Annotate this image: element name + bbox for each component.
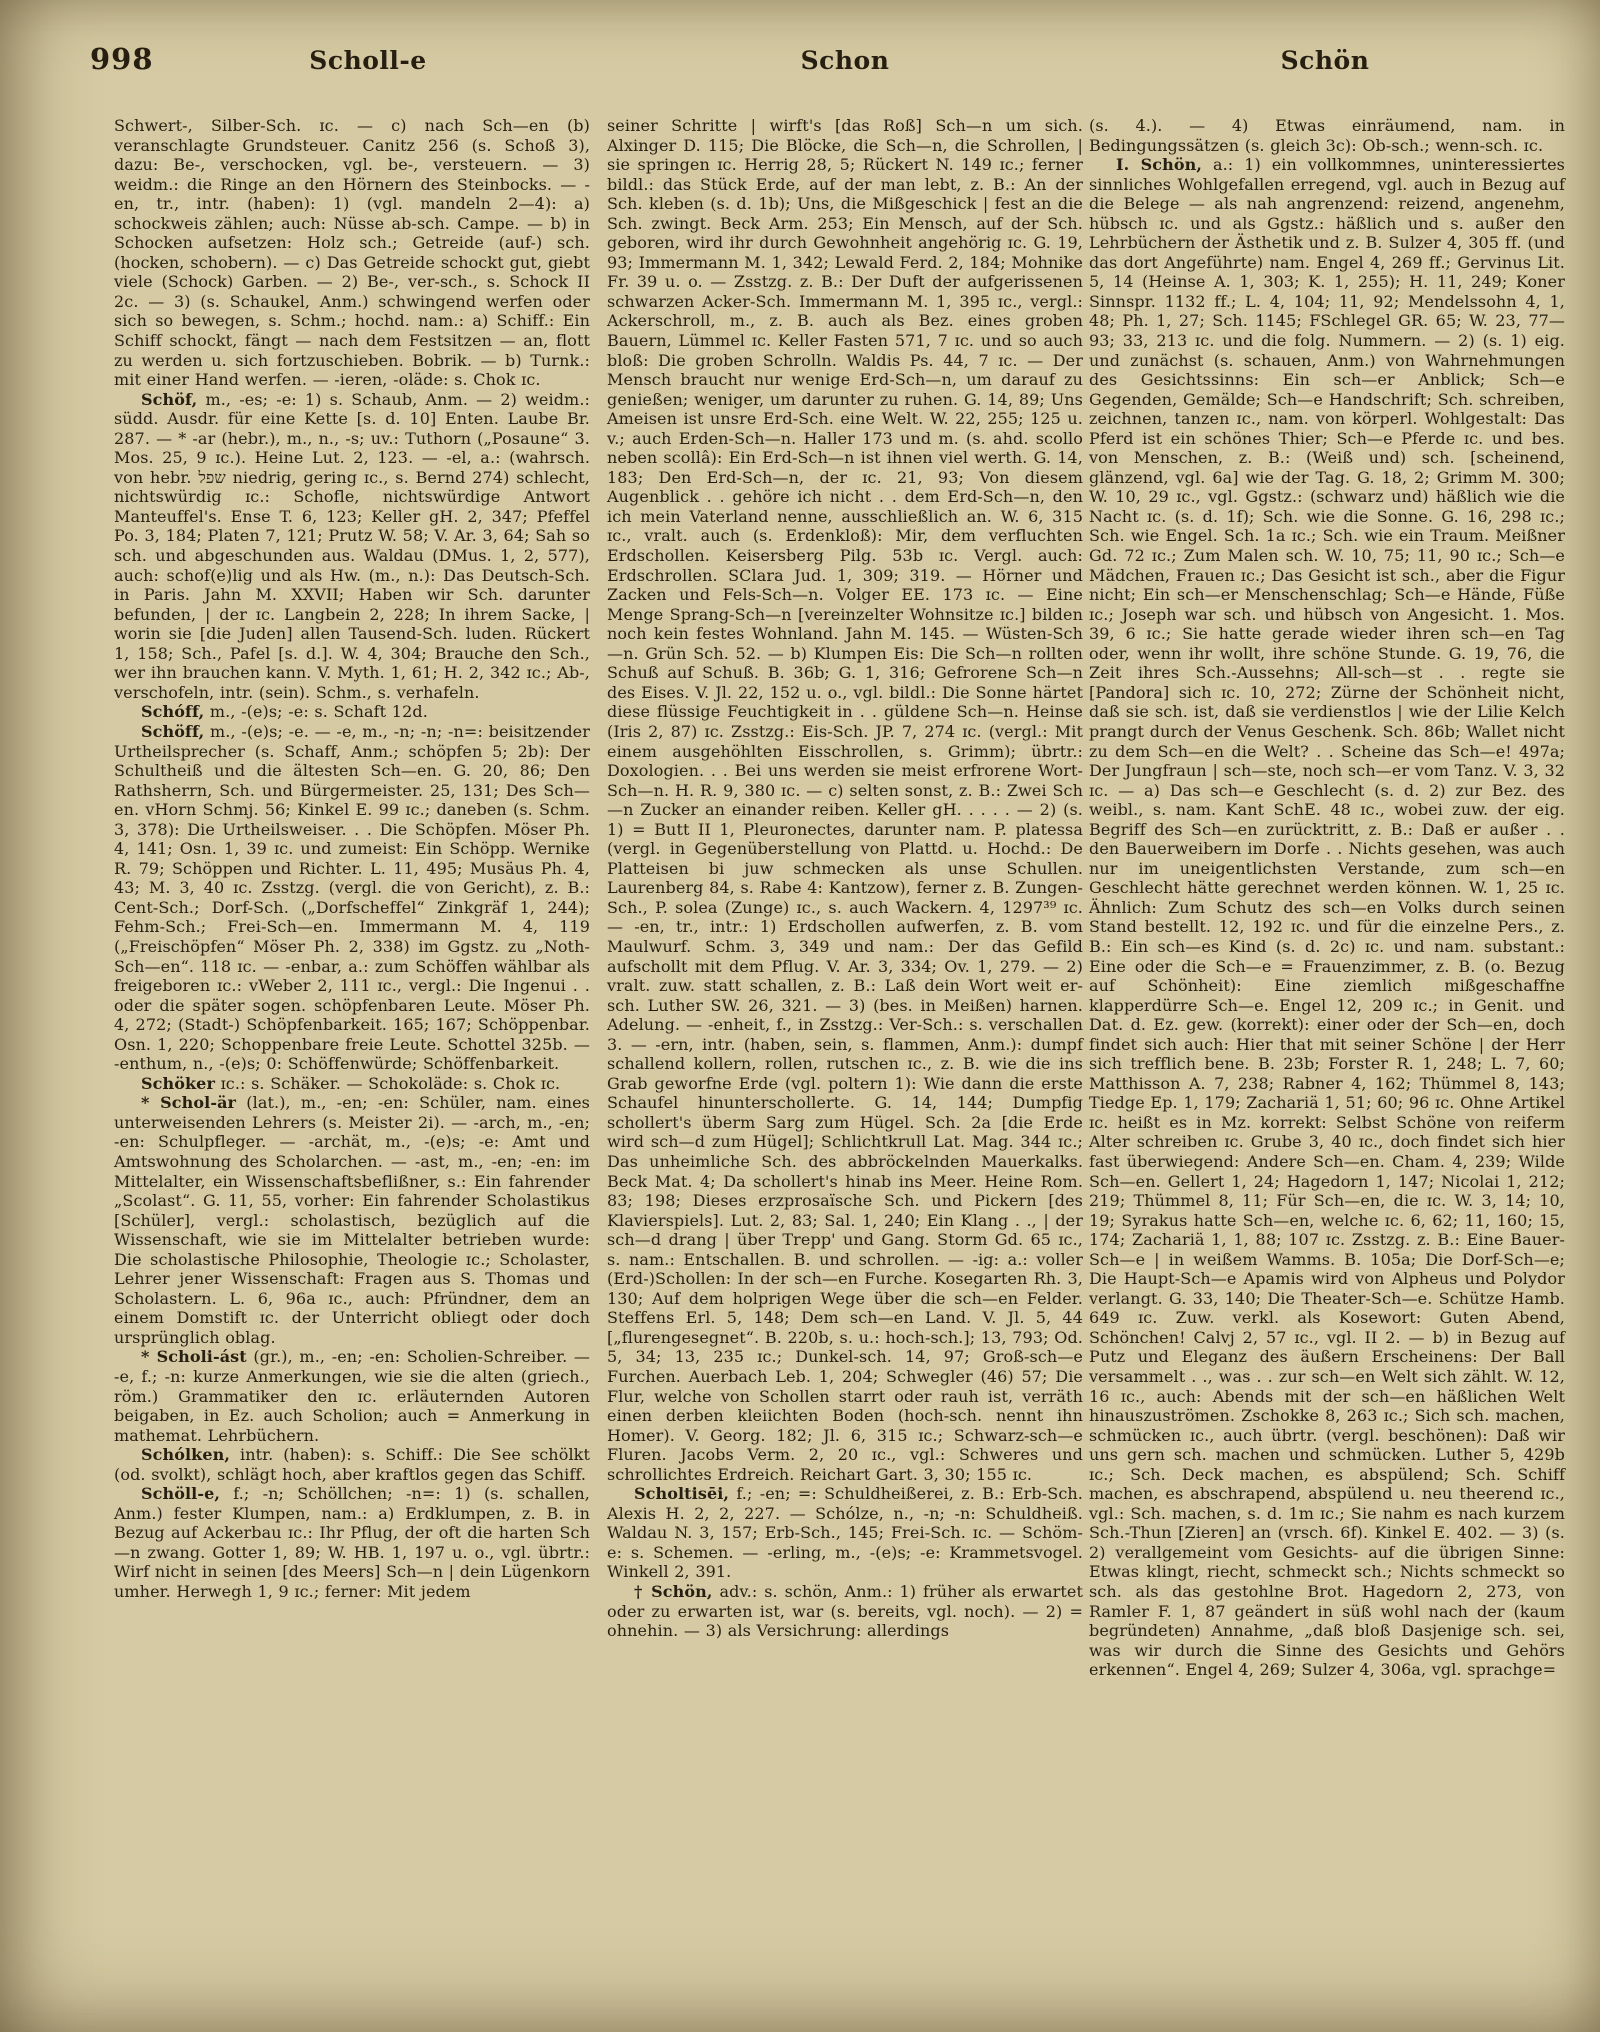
text-column-1: Schwert-, Silber-Sch. ɪc. — c) nach Sch—…: [114, 116, 590, 1602]
text-column-2: seiner Schritte | wirft's [das Roß] Sch—…: [607, 116, 1083, 1641]
entry-headword: Schöf,: [141, 390, 197, 409]
running-head-center: Schon: [801, 46, 890, 75]
entry-continuation-schock: Schwert-, Silber-Sch. ɪc. — c) nach Sch—…: [114, 116, 590, 390]
entry-headword: I. Schön,: [1116, 155, 1202, 174]
entry-schoef: Schöf, m., -es; -e: 1) s. Schaub, Anm. —…: [114, 390, 590, 703]
entry-schoelken: Schólken, intr. (haben): s. Schiff.: Die…: [114, 1445, 590, 1484]
entry-scholle: Schöll-e, f.; -n; Schöllchen; -n=: 1) (s…: [114, 1484, 590, 1601]
entry-schoeker: Schöker ɪc.: s. Schäker. — Schokoläde: s…: [114, 1074, 590, 1094]
scanned-dictionary-page: 998 Scholl-e Schon Schön Schwert-, Silbe…: [0, 0, 1600, 2032]
entry-headword: Schöker: [141, 1074, 215, 1093]
entry-headword: Schöff,: [141, 722, 204, 741]
entry-scholtisei: Scholtisēi, f.; -en; =: Schuldheißerei, …: [607, 1484, 1083, 1582]
entry-scholar: * Schol-är (lat.), m., -en; -en: Schüler…: [114, 1093, 590, 1347]
text-column-3: (s. 4.). — 4) Etwas einräumend, nam. in …: [1089, 116, 1565, 1680]
entry-schon-adv: † Schön, adv.: s. schön, Anm.: 1) früher…: [607, 1582, 1083, 1641]
entry-headword: * Schol-är: [141, 1093, 236, 1112]
running-head-right: Schön: [1281, 46, 1370, 75]
entry-continuation-scholle: seiner Schritte | wirft's [das Roß] Sch—…: [607, 116, 1083, 1484]
entry-headword: Schólken,: [141, 1445, 230, 1464]
entry-headword: Scholtisēi,: [634, 1484, 729, 1503]
entry-scholiast: * Scholi-ást (gr.), m., -en; -en: Scholi…: [114, 1347, 590, 1445]
entry-schoff-1: Schóff, m., -(e)s; -e: s. Schaft 12d.: [114, 702, 590, 722]
entry-headword: † Schön,: [634, 1582, 713, 1601]
entry-schoeff: Schöff, m., -(e)s; -e. — -e, m., -n; -n;…: [114, 722, 590, 1074]
entry-continuation-schon-adv: (s. 4.). — 4) Etwas einräumend, nam. in …: [1089, 116, 1565, 155]
entry-headword: * Scholi-ást: [141, 1347, 247, 1366]
entry-headword: Schóff,: [141, 702, 204, 721]
running-head-left: Scholl-e: [309, 46, 426, 75]
page-number: 998: [90, 42, 154, 76]
entry-headword: Schöll-e,: [141, 1484, 220, 1503]
entry-schoen-adj: I. Schön, a.: 1) ein vollkommnes, uninte…: [1089, 155, 1565, 1680]
